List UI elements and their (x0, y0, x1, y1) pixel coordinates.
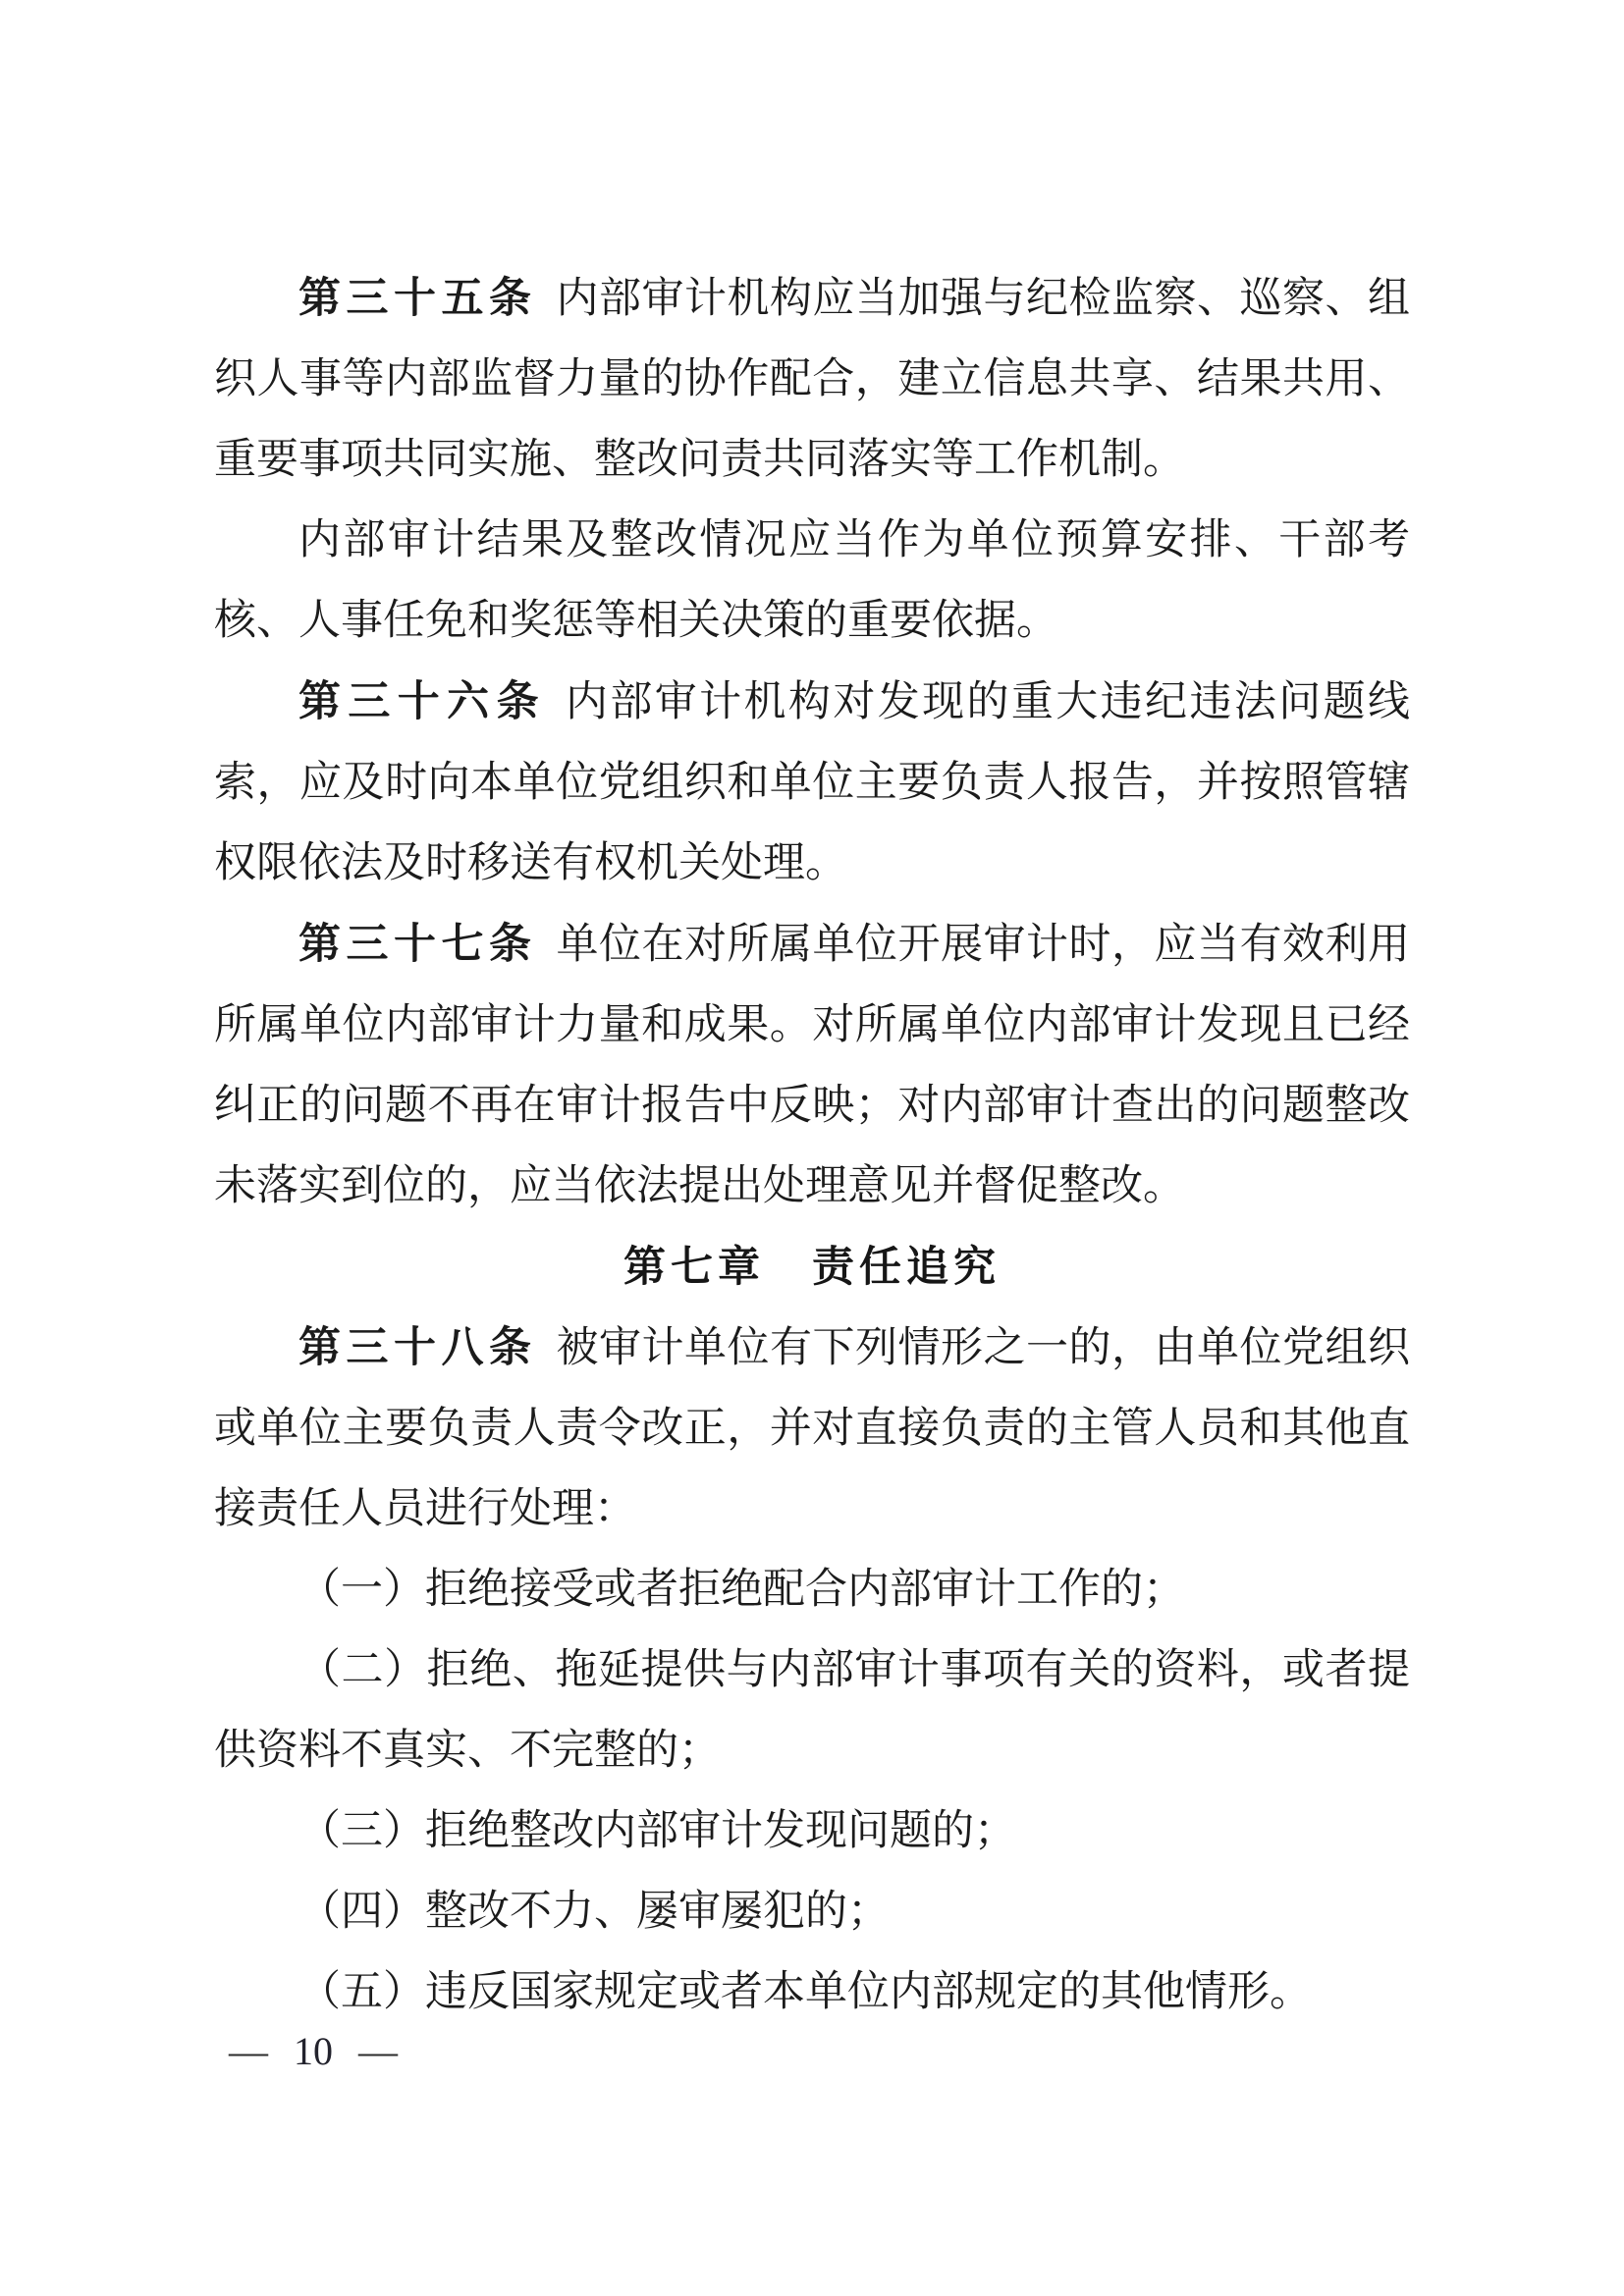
article-text: （五）违反国家规定或者本单位内部规定的其他情形。 (298, 1969, 1312, 2015)
body-paragraph: （五）违反国家规定或者本单位内部规定的其他情形。 (214, 1952, 1410, 2033)
article-number: 第三十八条 (298, 1324, 537, 1371)
article-text: （四）整改不力、屡审屡犯的； (298, 1889, 890, 1935)
article-number: 第三十七条 (298, 921, 537, 968)
body-paragraph: （四）整改不力、屡审屡犯的； (214, 1872, 1410, 1952)
article-number: 第三十六条 (298, 678, 546, 725)
article-number: 第三十五条 (298, 275, 537, 322)
article-paragraph: 第三十六条内部审计机构对发现的重大违纪违法问题线索，应及时向本单位党组织和单位主… (214, 662, 1410, 904)
footer-dash-left: — (229, 2028, 268, 2075)
article-text: 内部审计结果及整改情况应当作为单位预算安排、干部考核、人事任免和奖惩等相关决策的… (214, 517, 1410, 644)
article-paragraph: 第三十八条被审计单位有下列情形之一的，由单位党组织或单位主要负责人责令改正，并对… (214, 1308, 1410, 1550)
footer-dash-right: — (358, 2028, 398, 2075)
body-paragraph: （一）拒绝接受或者拒绝配合内部审计工作的； (214, 1550, 1410, 1630)
page-footer: —10— (229, 2028, 398, 2075)
page-number: 10 (294, 2028, 333, 2075)
chapter-heading: 第七章 责任追究 (214, 1227, 1410, 1308)
article-paragraph: 第三十七条单位在对所属单位开展审计时，应当有效利用所属单位内部审计力量和成果。对… (214, 904, 1410, 1227)
body-paragraph: （二）拒绝、拖延提供与内部审计事项有关的资料，或者提供资料不真实、不完整的； (214, 1630, 1410, 1791)
article-paragraph: 第三十五条内部审计机构应当加强与纪检监察、巡察、组织人事等内部监督力量的协作配合… (214, 258, 1410, 501)
body-paragraph: （三）拒绝整改内部审计发现问题的； (214, 1791, 1410, 1872)
body-paragraph: 内部审计结果及整改情况应当作为单位预算安排、干部考核、人事任免和奖惩等相关决策的… (214, 501, 1410, 662)
article-text: （一）拒绝接受或者拒绝配合内部审计工作的； (298, 1567, 1185, 1613)
article-text: （二）拒绝、拖延提供与内部审计事项有关的资料，或者提供资料不真实、不完整的； (214, 1647, 1410, 1774)
article-text: （三）拒绝整改内部审计发现问题的； (298, 1808, 1016, 1854)
page-content: 第三十五条内部审计机构应当加强与纪检监察、巡察、组织人事等内部监督力量的协作配合… (214, 258, 1410, 2033)
document-page: 第三十五条内部审计机构应当加强与纪检监察、巡察、组织人事等内部监督力量的协作配合… (0, 0, 1624, 2296)
